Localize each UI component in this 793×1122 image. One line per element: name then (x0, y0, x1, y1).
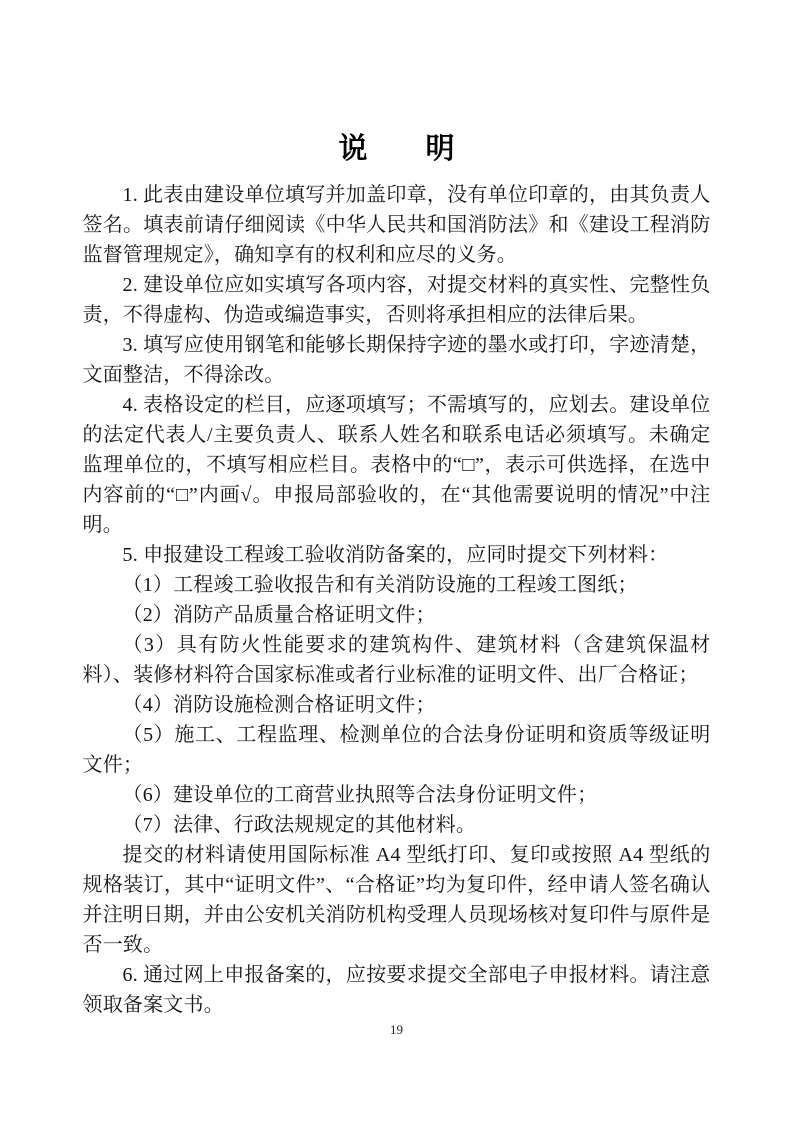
paragraph-3: 3. 填写应使用钢笔和能够长期保持字迹的墨水或打印，字迹清楚，文面整洁，不得涂改… (83, 330, 711, 390)
document-body: 1. 此表由建设单位填写并加盖印章，没有单位印章的，由其负责人签名。填表前请仔细… (83, 180, 711, 1020)
paragraph-5: 5. 申报建设工程竣工验收消防备案的，应同时提交下列材料： (83, 540, 711, 570)
list-item-2: （2）消防产品质量合格证明文件； (83, 600, 711, 630)
page-title: 说 明 (0, 0, 793, 170)
paragraph-4: 4. 表格设定的栏目，应逐项填写；不需填写的，应划去。建设单位的法定代表人/主要… (83, 390, 711, 540)
paragraph-materials-note: 提交的材料请使用国际标准 A4 型纸打印、复印或按照 A4 型纸的规格装订，其中… (83, 840, 711, 960)
list-item-6: （6）建设单位的工商营业执照等合法身份证明文件； (83, 780, 711, 810)
list-item-3: （3）具有防火性能要求的建筑构件、建筑材料（含建筑保温材料）、装修材料符合国家标… (83, 630, 711, 690)
list-item-4: （4）消防设施检测合格证明文件； (83, 690, 711, 720)
paragraph-1: 1. 此表由建设单位填写并加盖印章，没有单位印章的，由其负责人签名。填表前请仔细… (83, 180, 711, 270)
paragraph-2: 2. 建设单位应如实填写各项内容，对提交材料的真实性、完整性负责，不得虚构、伪造… (83, 270, 711, 330)
list-item-1: （1）工程竣工验收报告和有关消防设施的工程竣工图纸； (83, 570, 711, 600)
list-item-5: （5）施工、工程监理、检测单位的合法身份证明和资质等级证明文件； (83, 720, 711, 780)
paragraph-6: 6. 通过网上申报备案的，应按要求提交全部电子申报材料。请注意领取备案文书。 (83, 960, 711, 1020)
list-item-7: （7）法律、行政法规规定的其他材料。 (83, 810, 711, 840)
document-page: 说 明 1. 此表由建设单位填写并加盖印章，没有单位印章的，由其负责人签名。填表… (0, 0, 793, 1122)
page-number: 19 (0, 1022, 793, 1038)
